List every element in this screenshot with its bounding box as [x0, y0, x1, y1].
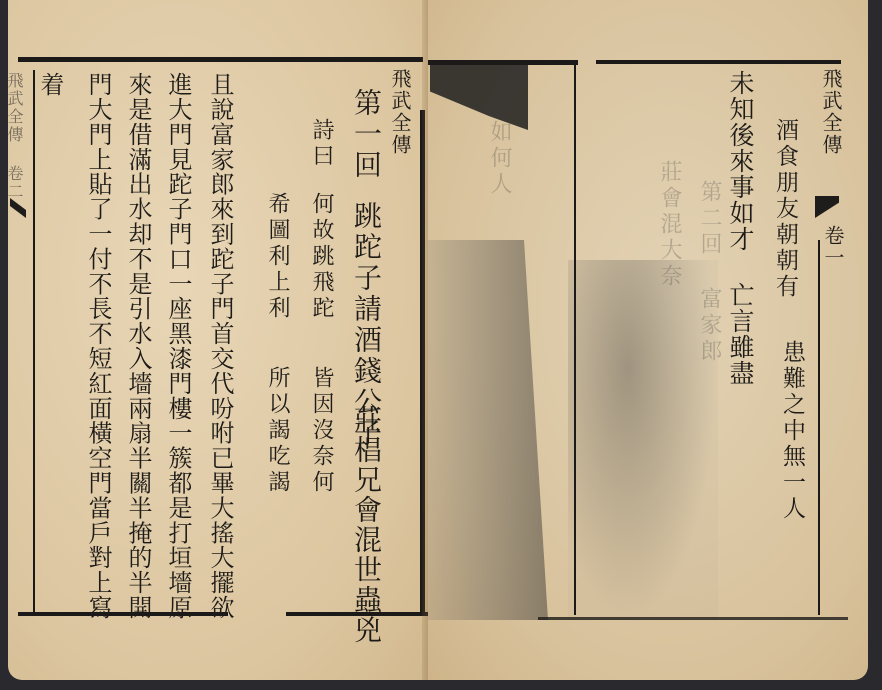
right-page: 第二回 富家郎 莊會混大奈 如何人 未知後來事如才 亡言雖盡 酒食朋友朝朝有 患…: [428, 0, 868, 680]
top-border-line: [428, 60, 578, 65]
bleed-through-3: 如何人: [488, 120, 510, 198]
page-header: 飛武全傳: [821, 68, 841, 156]
body-column-1: 且說富家郎來到跎子門首交代吩咐已畢大搖大擺欲: [208, 72, 232, 620]
bottom-border-line: [538, 617, 848, 620]
chapter-heading: 第一回跳跎子請酒錢公子: [352, 88, 380, 449]
poem-closing-line-2: 患難之中無一人: [780, 340, 803, 522]
fishtail-mark: [815, 196, 839, 218]
bleed-through-2: 莊會混大奈: [658, 160, 680, 290]
page-header: 飛武全傳: [390, 68, 410, 156]
body-column-4: 門大門上貼了一付不長不短紅面橫空門當戶對上寫: [86, 72, 110, 620]
poem-label: 詩曰: [310, 118, 332, 170]
closing-line: 未知後來事如才 亡言雖盡: [728, 70, 753, 386]
left-inner-rule: [33, 70, 35, 612]
shadow-fold: [428, 240, 548, 620]
right-inner-rule: [818, 240, 820, 615]
body-column-2: 進大門見跎子門口一座黑漆門樓一簇都是打垣墻原: [166, 72, 190, 620]
column-rule: [574, 65, 576, 615]
top-border-line: [18, 57, 423, 62]
open-book: 飛武全傳 卷二 飛武全傳 第一回跳跎子請酒錢公子 莊椙兄會混世蟲兇 詩曰 何故跳…: [8, 0, 868, 680]
fishtail-mark: [10, 198, 26, 218]
poem-line-2b: 所以謁吃謁: [266, 366, 288, 496]
bottom-border-line: [18, 612, 228, 616]
poem-line-1b: 皆因沒奈何: [310, 366, 332, 496]
chapter-number: 第一回: [350, 88, 383, 181]
edge-label: 飛武全傳 卷二: [6, 72, 22, 201]
poem-line-2a: 希圖利上利: [266, 192, 288, 322]
body-column-5: 着: [38, 72, 62, 99]
shadow-fold-2: [568, 260, 718, 620]
poem-line-1a: 何故跳飛跎: [310, 192, 332, 322]
chapter-title-line2: 莊椙兄會混世蟲兇: [352, 405, 380, 645]
poem-closing-line-1: 酒食朋友朝朝有: [773, 118, 796, 300]
ink-smudge: [430, 60, 528, 130]
bleed-through-1: 第二回 富家郎: [698, 180, 720, 365]
volume-label: 卷一: [823, 225, 843, 269]
left-page: 飛武全傳 卷二 飛武全傳 第一回跳跎子請酒錢公子 莊椙兄會混世蟲兇 詩曰 何故跳…: [8, 0, 428, 680]
body-column-3: 來是借滿出水却不是引水入墻兩扇半關半掩的半開: [126, 72, 150, 620]
top-border-line-2: [596, 60, 841, 64]
